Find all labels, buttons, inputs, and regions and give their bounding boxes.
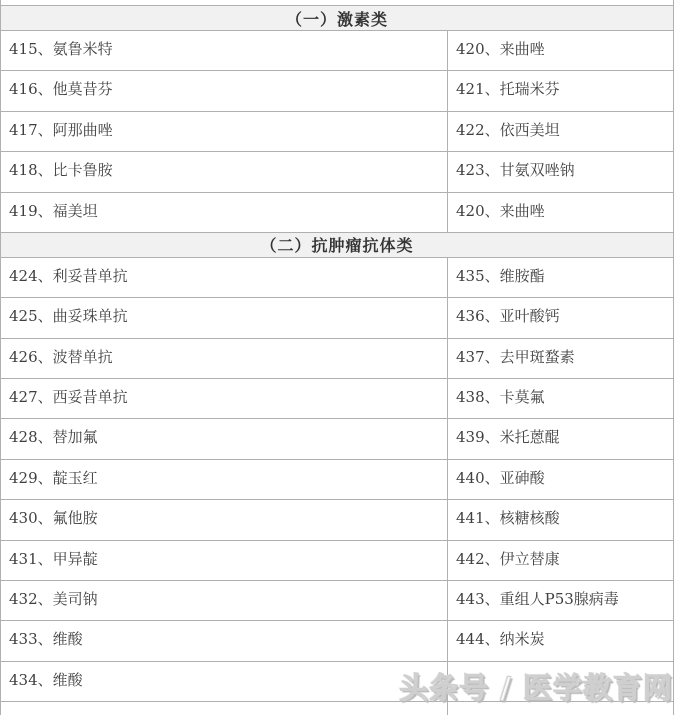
table-cell-left: 434、维酸	[1, 662, 448, 701]
table-cell-left: 433、维酸	[1, 621, 448, 660]
table-cell-left: 431、甲异靛	[1, 541, 448, 580]
table-row: 424、利妥昔单抗 435、维胺酯	[1, 257, 673, 297]
drug-table: （一）激素类 415、氨鲁米特 420、来曲唑 416、他莫昔芬 421、托瑞米…	[0, 0, 674, 715]
table-row: 419、福美坦 420、来曲唑	[1, 192, 673, 232]
table-sections: （一）激素类 415、氨鲁米特 420、来曲唑 416、他莫昔芬 421、托瑞米…	[1, 5, 673, 701]
table-row: 418、比卡鲁胺 423、甘氨双唑钠	[1, 151, 673, 191]
table-cell-right: 440、亚砷酸	[448, 460, 673, 499]
table-cell-left: 426、波替单抗	[1, 339, 448, 378]
table-cell-left: 415、氨鲁米特	[1, 31, 448, 70]
table-cell-right: 444、纳米炭	[448, 621, 673, 660]
table-row: 426、波替单抗 437、去甲斑蝥素	[1, 338, 673, 378]
table-row: 416、他莫昔芬 421、托瑞米芬	[1, 70, 673, 110]
table-row: 417、阿那曲唑 422、依西美坦	[1, 111, 673, 151]
table-row: 425、曲妥珠单抗 436、亚叶酸钙	[1, 297, 673, 337]
table-row: 433、维酸 444、纳米炭	[1, 620, 673, 660]
table-row: 428、替加氟 439、米托蒽醌	[1, 418, 673, 458]
table-section: （一）激素类 415、氨鲁米特 420、来曲唑 416、他莫昔芬 421、托瑞米…	[1, 5, 673, 232]
section-header-row: （二）抗肿瘤抗体类	[1, 232, 673, 257]
table-cell-right: 422、依西美坦	[448, 112, 673, 151]
table-cell-right: 442、伊立替康	[448, 541, 673, 580]
table-cell-left: 425、曲妥珠单抗	[1, 298, 448, 337]
table-cell-right: 441、核糖核酸	[448, 500, 673, 539]
section-header-label: （二）抗肿瘤抗体类	[260, 233, 413, 256]
table-row: 427、西妥昔单抗 438、卡莫氟	[1, 378, 673, 418]
table-cell-right: 437、去甲斑蝥素	[448, 339, 673, 378]
section-rows: 415、氨鲁米特 420、来曲唑 416、他莫昔芬 421、托瑞米芬 417、阿…	[1, 30, 673, 232]
table-cell-right: 435、维胺酯	[448, 258, 673, 297]
table-cell-right: 420、来曲唑	[448, 31, 673, 70]
cutoff-row-bottom	[1, 701, 673, 715]
table-row: 432、美司钠 443、重组人P53腺病毒	[1, 580, 673, 620]
table-cell-right	[448, 662, 673, 701]
table-cell-left: 432、美司钠	[1, 581, 448, 620]
table-row: 431、甲异靛 442、伊立替康	[1, 540, 673, 580]
table-cell-right: 423、甘氨双唑钠	[448, 152, 673, 191]
table-row: 434、维酸	[1, 661, 673, 701]
section-header-label: （一）激素类	[286, 7, 388, 30]
table-cell-left: 416、他莫昔芬	[1, 71, 448, 110]
table-row: 415、氨鲁米特 420、来曲唑	[1, 30, 673, 70]
table-cell-left: 427、西妥昔单抗	[1, 379, 448, 418]
table-cell-left: 417、阿那曲唑	[1, 112, 448, 151]
table-row: 430、氟他胺 441、核糖核酸	[1, 499, 673, 539]
section-header-row: （一）激素类	[1, 5, 673, 30]
table-cell-left: 429、靛玉红	[1, 460, 448, 499]
table-cell-left: 430、氟他胺	[1, 500, 448, 539]
table-cell-right: 421、托瑞米芬	[448, 71, 673, 110]
table-cell-right: 436、亚叶酸钙	[448, 298, 673, 337]
table-cell-left: 418、比卡鲁胺	[1, 152, 448, 191]
table-cell-right	[448, 702, 673, 715]
section-rows: 424、利妥昔单抗 435、维胺酯 425、曲妥珠单抗 436、亚叶酸钙 426…	[1, 257, 673, 701]
drug-list-page: （一）激素类 415、氨鲁米特 420、来曲唑 416、他莫昔芬 421、托瑞米…	[0, 0, 676, 715]
table-cell-left: 424、利妥昔单抗	[1, 258, 448, 297]
table-cell-right: 439、米托蒽醌	[448, 419, 673, 458]
table-cell-left: 419、福美坦	[1, 193, 448, 232]
table-cell-left: 428、替加氟	[1, 419, 448, 458]
table-cell-left	[1, 702, 448, 715]
table-cell-right: 420、来曲唑	[448, 193, 673, 232]
table-section: （二）抗肿瘤抗体类 424、利妥昔单抗 435、维胺酯 425、曲妥珠单抗 43…	[1, 232, 673, 701]
table-cell-right: 443、重组人P53腺病毒	[448, 581, 673, 620]
table-row: 429、靛玉红 440、亚砷酸	[1, 459, 673, 499]
table-cell-right: 438、卡莫氟	[448, 379, 673, 418]
